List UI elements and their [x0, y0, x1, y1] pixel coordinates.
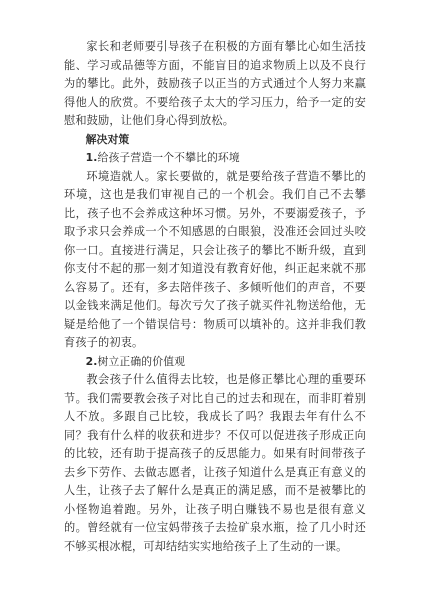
item-2-title: 树立正确的价值观 — [98, 355, 186, 368]
item-2-number: 2. — [86, 355, 98, 368]
item-1-number: 1. — [86, 151, 98, 164]
item-1-paragraph: 环境造就人。家长要做的，就是要给孩子营造不攀比的环境，这也是我们审视自己的一个机… — [64, 168, 366, 353]
intro-paragraph: 家长和老师要引导孩子在积极的方面有攀比心如生活技能、学习或品德等方面，不能盲目的… — [64, 38, 366, 131]
document-page: 家长和老师要引导孩子在积极的方面有攀比心如生活技能、学习或品德等方面，不能盲目的… — [64, 38, 366, 556]
item-1-heading: 1.给孩子营造一个不攀比的环境 — [64, 149, 366, 168]
item-1-title: 给孩子营造一个不攀比的环境 — [98, 151, 240, 164]
item-2-heading: 2.树立正确的价值观 — [64, 353, 366, 372]
item-2-paragraph: 教会孩子什么值得去比较，也是修正攀比心理的重要环节。我们需要教会孩子对比自己的过… — [64, 371, 366, 556]
section-heading: 解决对策 — [64, 131, 366, 150]
